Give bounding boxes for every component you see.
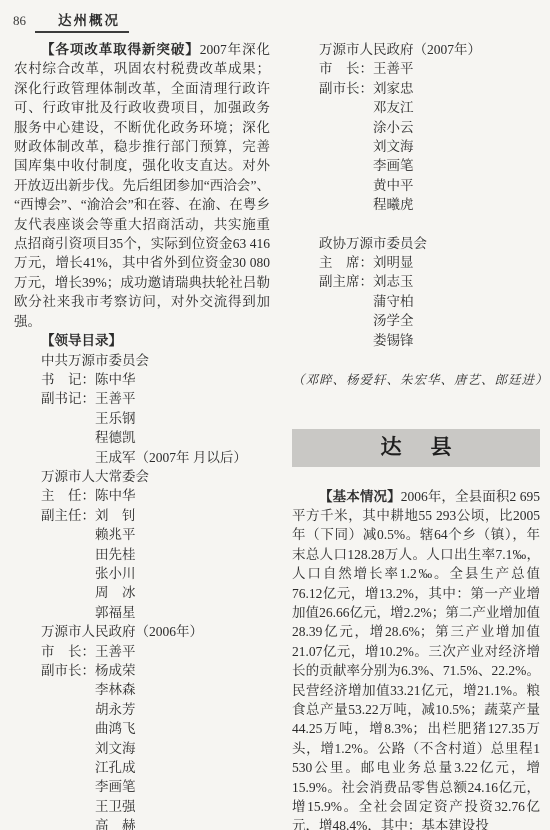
row-title-label: 副市长： [319,79,373,98]
leadership-row: 副主席：刘志玉 [292,272,540,291]
row-person-name: 程曦虎 [373,195,414,214]
leadership-row: 周 冰 [14,583,270,602]
row-title-label [41,816,95,830]
row-person-name: 杨成荣 [95,661,136,680]
leadership-rows: 主 席：刘明显 副主席：刘志玉 蒲守柏 汤学全 娄锡锋 [292,253,540,350]
row-person-name: 李画笔 [373,156,414,175]
directory-section-heading: 【领导目录】 [14,331,270,350]
row-title-label [319,292,373,311]
row-person-name: 胡永芳 [95,700,136,719]
row-person-name: 刘 钊 [95,506,136,525]
row-title-label [319,118,373,137]
leadership-row: 涂小云 [292,118,540,137]
leadership-row: 副市长：杨成荣 [14,661,270,680]
leadership-row: 程德凯 [14,428,270,447]
leadership-rows: 主 任：陈中华 副主任：刘 钊 赖兆平 田先桂 张小川 周 冰 郭福星 [14,486,270,622]
row-person-name: 张小川 [95,564,136,583]
left-column: 【各项改革取得新突破】2007年深化农村综合改革，巩固农村税费改革成果；深化行政… [14,40,270,830]
row-person-name: 程德凯 [95,428,136,447]
org-name: 中共万源市委员会 [14,351,270,370]
row-person-name: 李画笔 [95,777,136,796]
leadership-row: 汤学全 [292,311,540,330]
row-person-name: 刘文海 [95,739,136,758]
leadership-row: 高 赫 [14,816,270,830]
row-title-label [41,603,95,622]
leadership-row: 李画笔 [14,777,270,796]
basic-section-body: 2006年，全县面积2 695平方千米，其中耕地55 293公顷，比2005年（… [292,489,540,830]
leadership-rows: 市 长：王善平 副市长：杨成荣 李林森 胡永芳 曲鸿飞 刘文海 江孔成 李画笔 [14,642,270,830]
row-person-name: 刘志玉 [373,272,414,291]
row-person-name: 赖兆平 [95,525,136,544]
leadership-rows: 书 记：陈中华 副书记：王善平 王乐钢 程德凯 王成军（2007年 月以后） [14,370,270,467]
row-title-label [319,156,373,175]
row-title-label [41,719,95,738]
reform-section-heading: 【各项改革取得新突破】 [41,42,200,57]
row-person-name: 王善平 [95,389,136,408]
leadership-row: 田先桂 [14,545,270,564]
basic-situation-paragraph: 【基本情况】2006年，全县面积2 695平方千米，其中耕地55 293公顷，比… [292,487,540,830]
row-title-label [41,545,95,564]
leadership-row: 刘文海 [292,137,540,156]
org-group-city-government-2006: 万源市人民政府（2006年） 市 长：王善平 副市长：杨成荣 李林森 胡永芳 曲… [14,622,270,830]
leadership-row: 张小川 [14,564,270,583]
leadership-row: 程曦虎 [292,195,540,214]
running-title: 达州概况 [35,9,129,33]
row-title-label [41,739,95,758]
row-title-label: 市 长： [319,59,373,78]
row-person-name: 王乐钢 [95,409,136,428]
org-name: 万源市人民政府（2007年） [292,40,540,59]
row-title-label [41,525,95,544]
row-person-name: 黄中平 [373,176,414,195]
leadership-row: 书 记：陈中华 [14,370,270,389]
row-title-label: 副主任： [41,506,95,525]
row-title-label: 主 任： [41,486,95,505]
leadership-row: 胡永芳 [14,700,270,719]
leadership-row: 副书记：王善平 [14,389,270,408]
row-person-name: 田先桂 [95,545,136,564]
row-title-label: 书 记： [41,370,95,389]
leadership-row: 郭福星 [14,603,270,622]
row-person-name: 郭福星 [95,603,136,622]
row-person-name: 王善平 [373,59,414,78]
row-person-name: 邓友江 [373,98,414,117]
row-person-name: 陈中华 [95,370,136,389]
two-column-body: 【各项改革取得新突破】2007年深化农村综合改革，巩固农村税费改革成果；深化行政… [0,33,550,830]
leadership-row: 邓友江 [292,98,540,117]
row-person-name: 高 赫 [95,816,136,830]
leadership-row: 市 长：王善平 [292,59,540,78]
row-title-label [41,448,95,467]
row-person-name: 周 冰 [95,583,136,602]
leadership-row: 王乐钢 [14,409,270,428]
row-title-label [41,564,95,583]
leadership-row: 蒲守柏 [292,292,540,311]
right-column: 万源市人民政府（2007年） 市 长：王善平 副市长：刘家忠 邓友江 涂小云 刘… [292,40,540,830]
org-name: 万源市人大常委会 [14,467,270,486]
row-title-label [41,680,95,699]
leadership-row: 曲鸿飞 [14,719,270,738]
row-title-label [41,428,95,447]
leadership-row: 王成军（2007年 月以后） [14,448,270,467]
row-title-label [41,700,95,719]
page-header: 86 达州概况 [0,0,550,33]
leadership-row: 副市长：刘家忠 [292,79,540,98]
row-person-name: 蒲守柏 [373,292,414,311]
row-person-name: 王成军（2007年 月以后） [95,448,247,467]
reform-section-body: 2007年深化农村综合改革，巩固农村税费改革成果；深化行政管理体制改革，全面清理… [14,42,270,329]
row-person-name: 汤学全 [373,311,414,330]
reform-paragraph: 【各项改革取得新突破】2007年深化农村综合改革，巩固农村税费改革成果；深化行政… [14,40,270,331]
leadership-row: 江孔成 [14,758,270,777]
leadership-row: 赖兆平 [14,525,270,544]
row-title-label [319,195,373,214]
row-person-name: 王善平 [95,642,136,661]
row-person-name: 李林森 [95,680,136,699]
row-person-name: 刘文海 [373,137,414,156]
row-person-name: 刘家忠 [373,79,414,98]
row-title-label [41,797,95,816]
org-group-peoples-congress: 万源市人大常委会 主 任：陈中华 副主任：刘 钊 赖兆平 田先桂 张小川 周 冰 [14,467,270,622]
county-section-header: 达 县 [292,429,540,467]
scanned-yearbook-page: 86 达州概况 【各项改革取得新突破】2007年深化农村综合改革，巩固农村税费改… [0,0,550,830]
org-group-city-government-2007: 万源市人民政府（2007年） 市 长：王善平 副市长：刘家忠 邓友江 涂小云 刘… [292,40,540,215]
leadership-row: 刘文海 [14,739,270,758]
contributors-note: （邓睟、杨爱轩、朱宏华、唐艺、郎廷进） [292,371,540,390]
leadership-rows: 市 长：王善平 副市长：刘家忠 邓友江 涂小云 刘文海 李画笔 黄中平 程曦虎 [292,59,540,214]
leadership-row: 王卫强 [14,797,270,816]
row-title-label [319,98,373,117]
leadership-row: 李画笔 [292,156,540,175]
basic-section-heading: 【基本情况】 [319,489,401,504]
row-title-label [41,409,95,428]
row-title-label [41,777,95,796]
row-person-name: 江孔成 [95,758,136,777]
row-title-label: 副书记： [41,389,95,408]
row-title-label [319,331,373,350]
org-name: 万源市人民政府（2006年） [14,622,270,641]
leadership-row: 主 任：陈中华 [14,486,270,505]
leadership-row: 主 席：刘明显 [292,253,540,272]
row-title-label [319,137,373,156]
row-person-name: 王卫强 [95,797,136,816]
page-number: 86 [13,13,26,29]
leadership-row: 娄锡锋 [292,331,540,350]
org-group-cppcc-committee: 政协万源市委员会 主 席：刘明显 副主席：刘志玉 蒲守柏 汤学全 娄锡锋 [292,234,540,350]
leadership-row: 市 长：王善平 [14,642,270,661]
leadership-row: 副主任：刘 钊 [14,506,270,525]
row-title-label: 副主席： [319,272,373,291]
county-title: 达 县 [377,438,456,457]
row-title-label: 主 席： [319,253,373,272]
row-person-name: 刘明显 [373,253,414,272]
row-title-label: 市 长： [41,642,95,661]
org-name: 政协万源市委员会 [292,234,540,253]
org-group-party-committee: 中共万源市委员会 书 记：陈中华 副书记：王善平 王乐钢 程德凯 王成军（200… [14,351,270,467]
row-person-name: 曲鸿飞 [95,719,136,738]
row-person-name: 涂小云 [373,118,414,137]
row-person-name: 娄锡锋 [373,331,414,350]
row-title-label [319,176,373,195]
row-title-label [319,311,373,330]
row-person-name: 陈中华 [95,486,136,505]
leadership-row: 李林森 [14,680,270,699]
row-title-label [41,583,95,602]
row-title-label [41,758,95,777]
row-title-label: 副市长： [41,661,95,680]
leadership-row: 黄中平 [292,176,540,195]
